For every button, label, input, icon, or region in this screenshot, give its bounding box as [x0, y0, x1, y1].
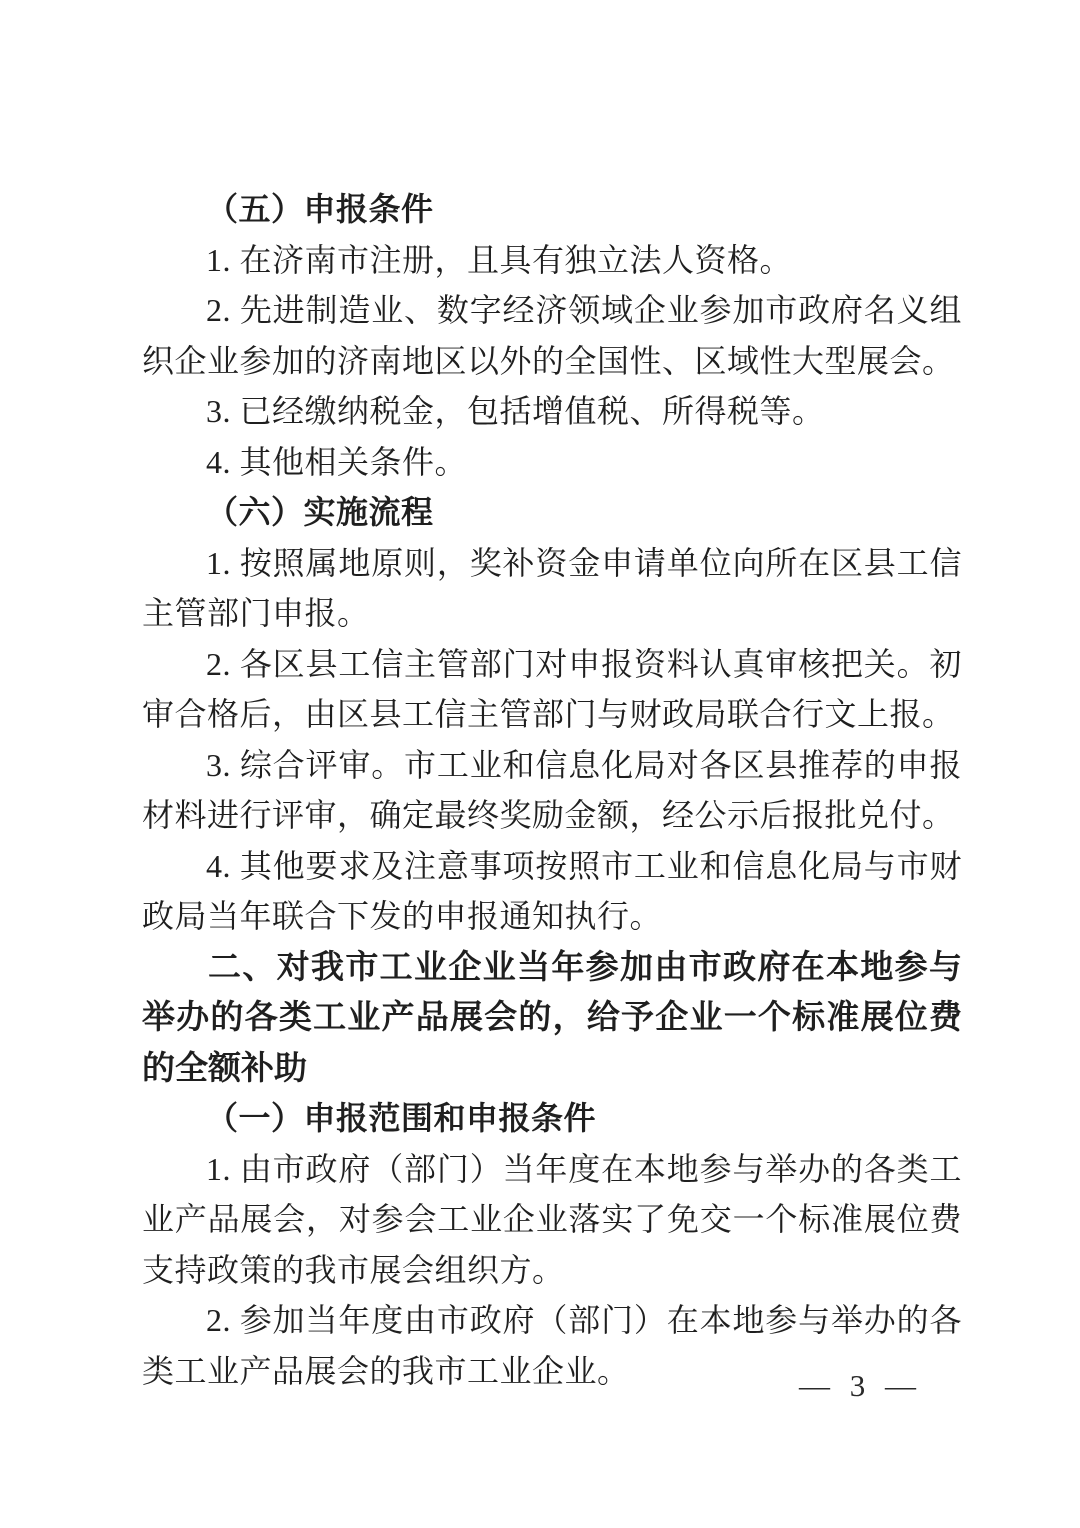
section-heading-6-implementation-process: （六）实施流程	[142, 487, 962, 538]
document-page: （五）申报条件 1. 在济南市注册，且具有独立法人资格。 2. 先进制造业、数字…	[0, 0, 1080, 1528]
condition-item-1: 1. 在济南市注册，且具有独立法人资格。	[142, 235, 962, 286]
page-number: — 3 —	[799, 1368, 922, 1404]
condition-item-3: 3. 已经缴纳税金，包括增值税、所得税等。	[142, 386, 962, 437]
chapter-heading-2-booth-fee-subsidy: 二、对我市工业企业当年参加由市政府在本地参与举办的各类工业产品展会的，给予企业一…	[142, 942, 962, 1094]
section-heading-1-scope-and-conditions: （一）申报范围和申报条件	[142, 1093, 962, 1144]
scope-item-1: 1. 由市政府（部门）当年度在本地参与举办的各类工业产品展会，对参会工业企业落实…	[142, 1144, 962, 1296]
process-item-3: 3. 综合评审。市工业和信息化局对各区县推荐的申报材料进行评审，确定最终奖励金额…	[142, 740, 962, 841]
process-item-1: 1. 按照属地原则，奖补资金申请单位向所在区县工信主管部门申报。	[142, 538, 962, 639]
document-body: （五）申报条件 1. 在济南市注册，且具有独立法人资格。 2. 先进制造业、数字…	[142, 184, 962, 1396]
process-item-2: 2. 各区县工信主管部门对申报资料认真审核把关。初审合格后，由区县工信主管部门与…	[142, 639, 962, 740]
condition-item-2: 2. 先进制造业、数字经济领域企业参加市政府名义组织企业参加的济南地区以外的全国…	[142, 285, 962, 386]
condition-item-4: 4. 其他相关条件。	[142, 437, 962, 488]
process-item-4: 4. 其他要求及注意事项按照市工业和信息化局与市财政局当年联合下发的申报通知执行…	[142, 841, 962, 942]
section-heading-5-application-conditions: （五）申报条件	[142, 184, 962, 235]
